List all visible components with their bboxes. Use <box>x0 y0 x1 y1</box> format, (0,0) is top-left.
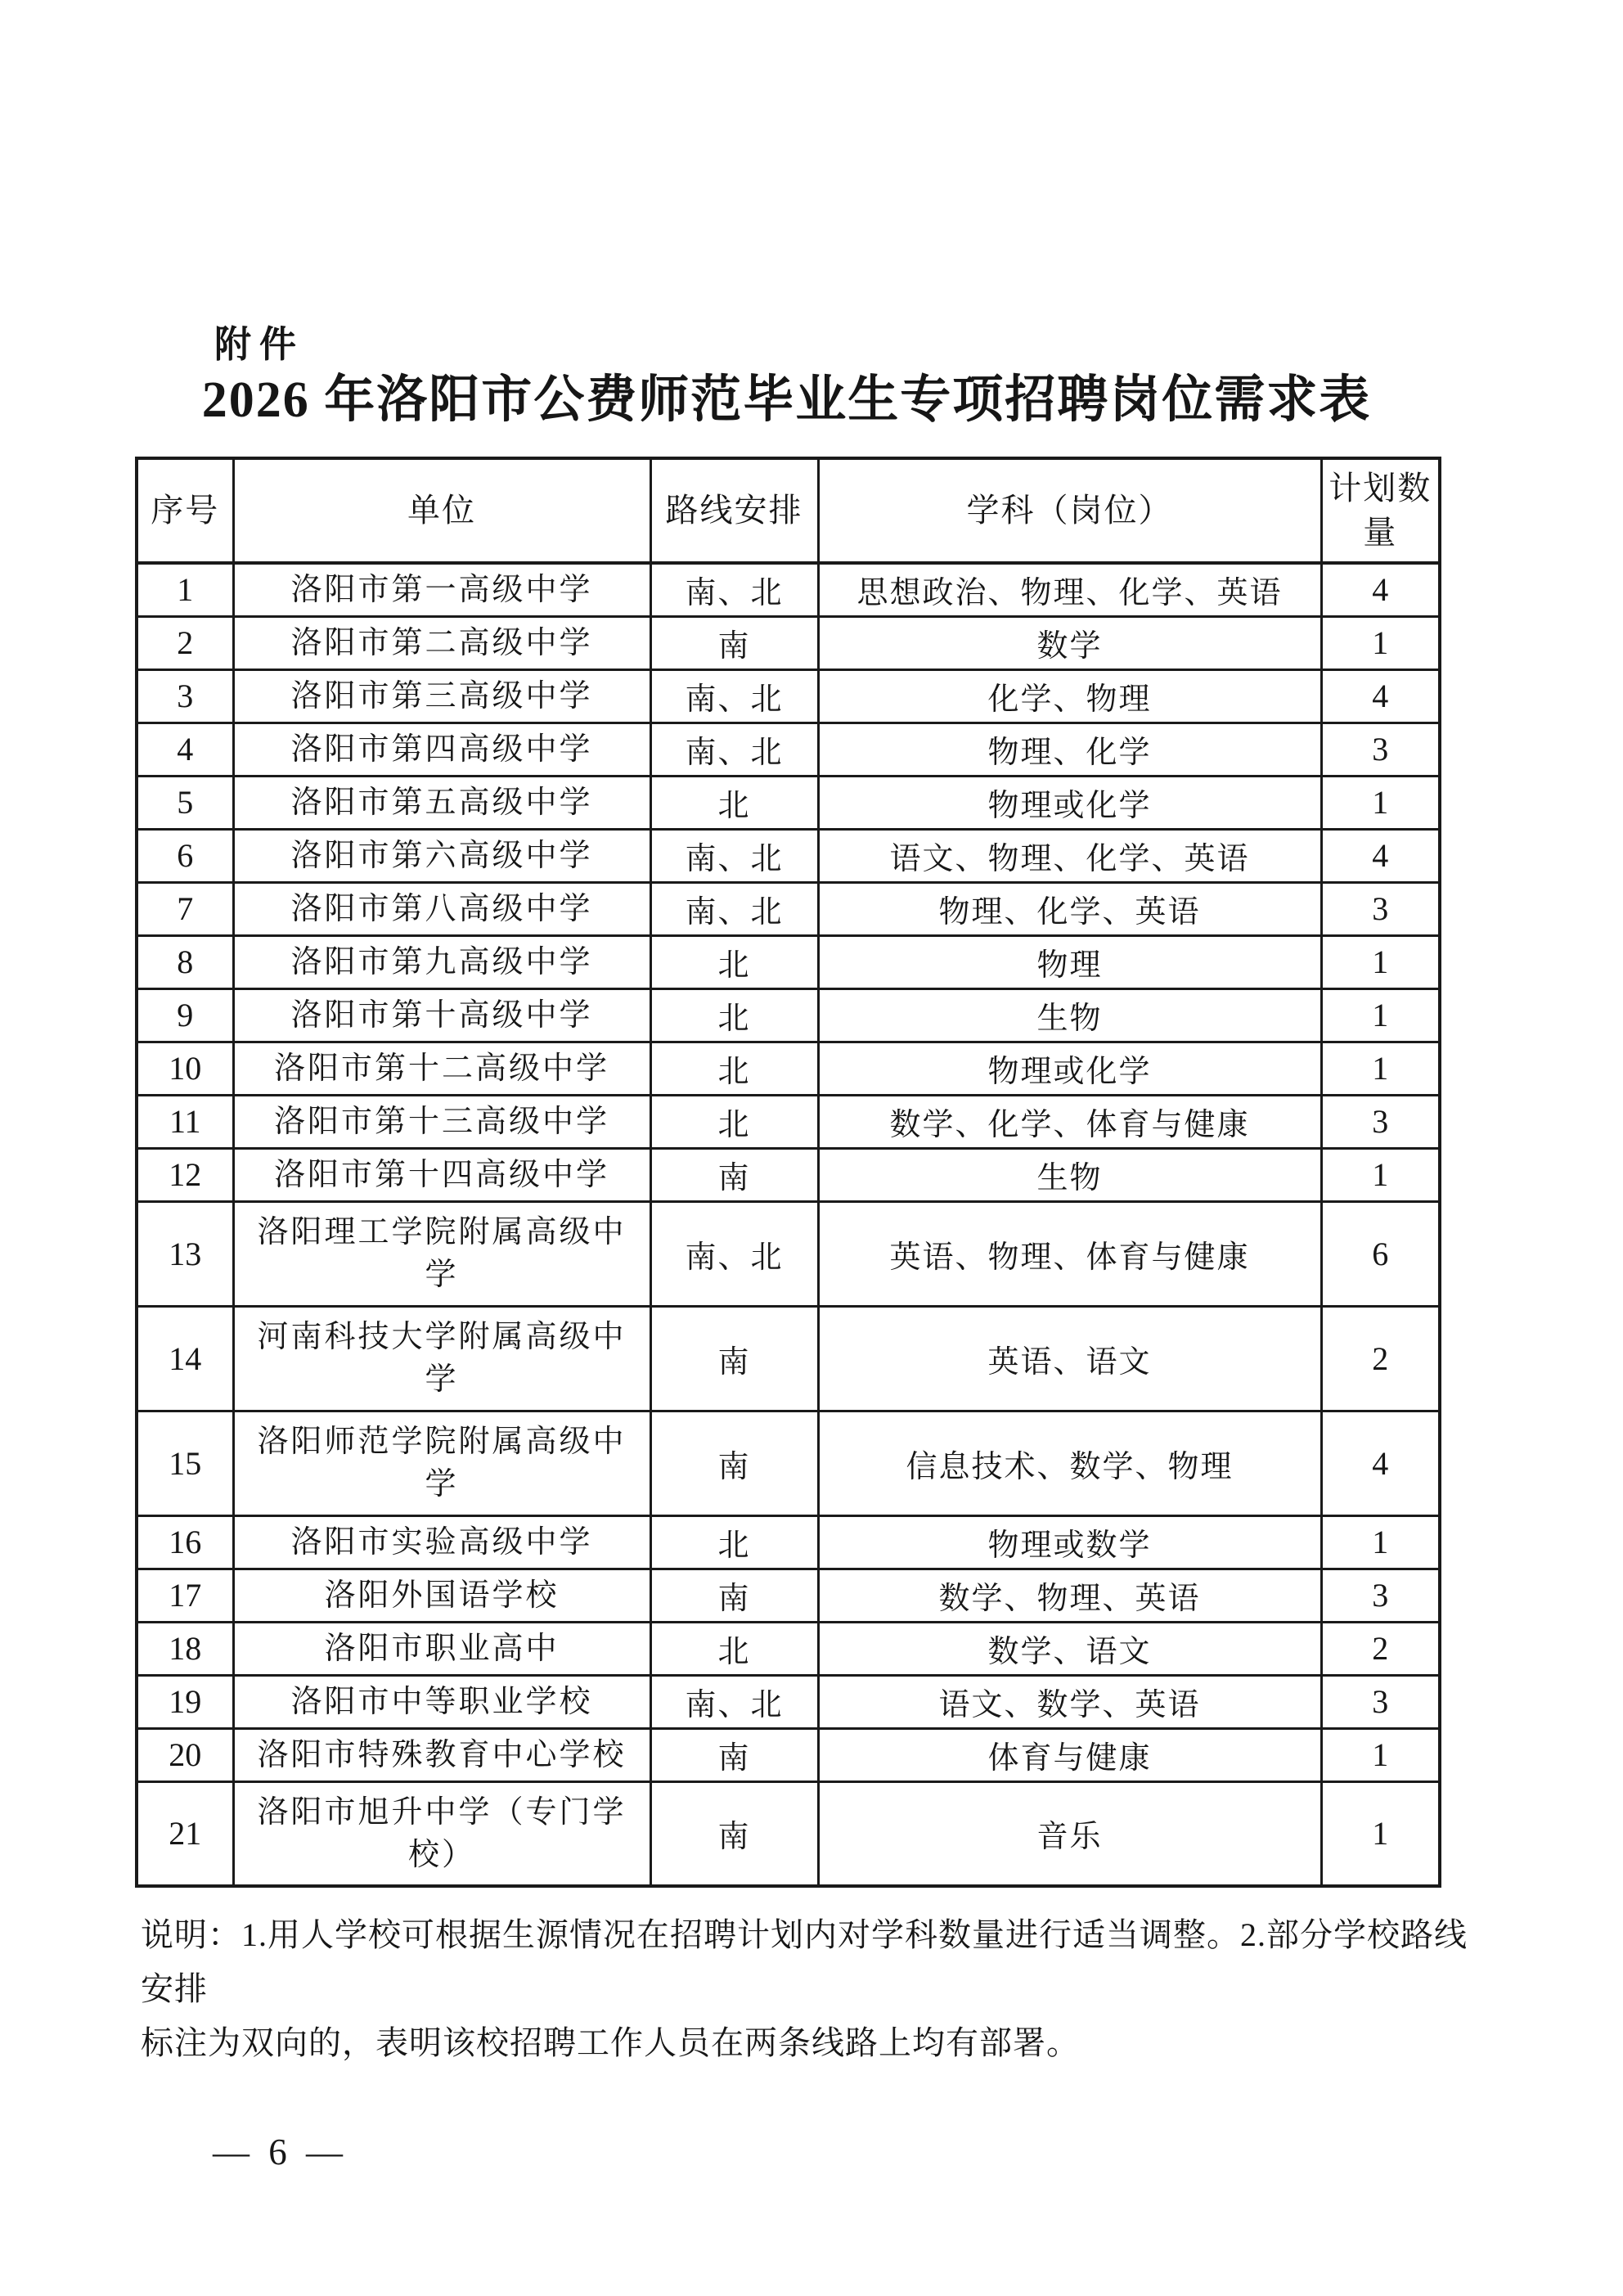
subject-cell: 生物 <box>818 1148 1321 1201</box>
unit-cell: 洛阳市第八高级中学 <box>233 882 650 935</box>
unit-cell: 洛阳外国语学校 <box>233 1569 650 1622</box>
plan-count-cell: 4 <box>1321 1411 1440 1515</box>
plan-count-cell: 4 <box>1321 563 1440 616</box>
unit-cell: 洛阳市第一高级中学 <box>233 563 650 616</box>
header-subject: 学科（岗位） <box>818 458 1321 563</box>
subject-cell: 思想政治、物理、化学、英语 <box>818 563 1321 616</box>
subject-cell: 物理或化学 <box>818 776 1321 829</box>
table-row: 10洛阳市第十二高级中学北物理或化学1 <box>137 1042 1440 1095</box>
table-row: 18洛阳市职业高中北数学、语文2 <box>137 1622 1440 1675</box>
page-number: — 6 — <box>213 2131 348 2173</box>
table-row: 8洛阳市第九高级中学北物理1 <box>137 935 1440 988</box>
serial-number-cell: 2 <box>137 616 233 669</box>
plan-count-cell: 1 <box>1321 1781 1440 1886</box>
table-row: 17洛阳外国语学校南数学、物理、英语3 <box>137 1569 1440 1622</box>
unit-cell: 洛阳市中等职业学校 <box>233 1675 650 1728</box>
serial-number-cell: 18 <box>137 1622 233 1675</box>
plan-count-cell: 3 <box>1321 723 1440 776</box>
table-row: 6洛阳市第六高级中学南、北语文、物理、化学、英语4 <box>137 829 1440 882</box>
subject-cell: 化学、物理 <box>818 669 1321 723</box>
serial-number-cell: 20 <box>137 1728 233 1781</box>
unit-cell: 洛阳市第六高级中学 <box>233 829 650 882</box>
serial-number-cell: 7 <box>137 882 233 935</box>
route-cell: 北 <box>650 1515 818 1569</box>
table-row: 21洛阳市旭升中学（专门学校）南音乐1 <box>137 1781 1440 1886</box>
serial-number-cell: 19 <box>137 1675 233 1728</box>
table-row: 1洛阳市第一高级中学南、北思想政治、物理、化学、英语4 <box>137 563 1440 616</box>
plan-count-cell: 3 <box>1321 1675 1440 1728</box>
unit-cell: 河南科技大学附属高级中学 <box>233 1306 650 1411</box>
route-cell: 南、北 <box>650 723 818 776</box>
subject-cell: 语文、物理、化学、英语 <box>818 829 1321 882</box>
route-cell: 南 <box>650 616 818 669</box>
unit-cell: 洛阳市第十高级中学 <box>233 988 650 1042</box>
table-row: 9洛阳市第十高级中学北生物1 <box>137 988 1440 1042</box>
subject-cell: 信息技术、数学、物理 <box>818 1411 1321 1515</box>
subject-cell: 数学、语文 <box>818 1622 1321 1675</box>
unit-cell: 洛阳市第二高级中学 <box>233 616 650 669</box>
subject-cell: 英语、物理、体育与健康 <box>818 1201 1321 1306</box>
table-row: 7洛阳市第八高级中学南、北物理、化学、英语3 <box>137 882 1440 935</box>
subject-cell: 音乐 <box>818 1781 1321 1886</box>
subject-cell: 物理、化学、英语 <box>818 882 1321 935</box>
header-route: 路线安排 <box>650 458 818 563</box>
serial-number-cell: 16 <box>137 1515 233 1569</box>
unit-cell: 洛阳市第五高级中学 <box>233 776 650 829</box>
table-row: 19洛阳市中等职业学校南、北语文、数学、英语3 <box>137 1675 1440 1728</box>
plan-count-cell: 1 <box>1321 776 1440 829</box>
subject-cell: 数学、物理、英语 <box>818 1569 1321 1622</box>
plan-count-cell: 1 <box>1321 1148 1440 1201</box>
route-cell: 南 <box>650 1781 818 1886</box>
table-header: 序号 单位 路线安排 学科（岗位） 计划数量 <box>137 458 1440 563</box>
route-cell: 南 <box>650 1728 818 1781</box>
subject-cell: 数学、化学、体育与健康 <box>818 1095 1321 1148</box>
serial-number-cell: 9 <box>137 988 233 1042</box>
table-row: 20洛阳市特殊教育中心学校南体育与健康1 <box>137 1728 1440 1781</box>
serial-number-cell: 10 <box>137 1042 233 1095</box>
table-row: 3洛阳市第三高级中学南、北化学、物理4 <box>137 669 1440 723</box>
route-cell: 南、北 <box>650 1675 818 1728</box>
serial-number-cell: 15 <box>137 1411 233 1515</box>
serial-number-cell: 3 <box>137 669 233 723</box>
header-row: 序号 单位 路线安排 学科（岗位） 计划数量 <box>137 458 1440 563</box>
unit-cell: 洛阳市第十四高级中学 <box>233 1148 650 1201</box>
plan-count-cell: 1 <box>1321 1728 1440 1781</box>
unit-cell: 洛阳市实验高级中学 <box>233 1515 650 1569</box>
plan-count-cell: 1 <box>1321 616 1440 669</box>
plan-count-cell: 1 <box>1321 988 1440 1042</box>
note-line-1: 说明：1.用人学校可根据生源情况在招聘计划内对学科数量进行适当调整。2.部分学校… <box>141 1908 1499 2016</box>
serial-number-cell: 1 <box>137 563 233 616</box>
subject-cell: 生物 <box>818 988 1321 1042</box>
serial-number-cell: 13 <box>137 1201 233 1306</box>
unit-cell: 洛阳市旭升中学（专门学校） <box>233 1781 650 1886</box>
route-cell: 北 <box>650 1042 818 1095</box>
unit-cell: 洛阳市第四高级中学 <box>233 723 650 776</box>
table-row: 12洛阳市第十四高级中学南生物1 <box>137 1148 1440 1201</box>
unit-cell: 洛阳市特殊教育中心学校 <box>233 1728 650 1781</box>
serial-number-cell: 11 <box>137 1095 233 1148</box>
route-cell: 南、北 <box>650 882 818 935</box>
table-row: 4洛阳市第四高级中学南、北物理、化学3 <box>137 723 1440 776</box>
notes: 说明：1.用人学校可根据生源情况在招聘计划内对学科数量进行适当调整。2.部分学校… <box>141 1908 1499 2070</box>
unit-cell: 洛阳市职业高中 <box>233 1622 650 1675</box>
serial-number-cell: 21 <box>137 1781 233 1886</box>
plan-count-cell: 1 <box>1321 1042 1440 1095</box>
route-cell: 南 <box>650 1411 818 1515</box>
page-title: 2026 年洛阳市公费师范毕业生专项招聘岗位需求表 <box>135 358 1438 431</box>
note-line-2: 标注为双向的，表明该校招聘工作人员在两条线路上均有部署。 <box>141 2016 1499 2070</box>
route-cell: 北 <box>650 776 818 829</box>
serial-number-cell: 6 <box>137 829 233 882</box>
subject-cell: 语文、数学、英语 <box>818 1675 1321 1728</box>
route-cell: 北 <box>650 1095 818 1148</box>
plan-count-cell: 3 <box>1321 1569 1440 1622</box>
table-row: 2洛阳市第二高级中学南数学1 <box>137 616 1440 669</box>
unit-cell: 洛阳市第十三高级中学 <box>233 1095 650 1148</box>
serial-number-cell: 14 <box>137 1306 233 1411</box>
route-cell: 南 <box>650 1306 818 1411</box>
plan-count-cell: 1 <box>1321 1515 1440 1569</box>
serial-number-cell: 8 <box>137 935 233 988</box>
serial-number-cell: 4 <box>137 723 233 776</box>
unit-cell: 洛阳市第三高级中学 <box>233 669 650 723</box>
plan-count-cell: 4 <box>1321 669 1440 723</box>
table-row: 13洛阳理工学院附属高级中学南、北英语、物理、体育与健康6 <box>137 1201 1440 1306</box>
route-cell: 南、北 <box>650 669 818 723</box>
route-cell: 南 <box>650 1569 818 1622</box>
route-cell: 南、北 <box>650 829 818 882</box>
route-cell: 北 <box>650 988 818 1042</box>
table-row: 15洛阳师范学院附属高级中学南信息技术、数学、物理4 <box>137 1411 1440 1515</box>
serial-number-cell: 12 <box>137 1148 233 1201</box>
subject-cell: 体育与健康 <box>818 1728 1321 1781</box>
subject-cell: 物理 <box>818 935 1321 988</box>
route-cell: 北 <box>650 935 818 988</box>
table-body: 1洛阳市第一高级中学南、北思想政治、物理、化学、英语42洛阳市第二高级中学南数学… <box>137 563 1440 1886</box>
table-row: 16洛阳市实验高级中学北物理或数学1 <box>137 1515 1440 1569</box>
serial-number-cell: 5 <box>137 776 233 829</box>
table-row: 11洛阳市第十三高级中学北数学、化学、体育与健康3 <box>137 1095 1440 1148</box>
route-cell: 南、北 <box>650 563 818 616</box>
subject-cell: 物理或化学 <box>818 1042 1321 1095</box>
plan-count-cell: 2 <box>1321 1306 1440 1411</box>
unit-cell: 洛阳市第九高级中学 <box>233 935 650 988</box>
plan-count-cell: 3 <box>1321 1095 1440 1148</box>
plan-count-cell: 3 <box>1321 882 1440 935</box>
table-row: 5洛阳市第五高级中学北物理或化学1 <box>137 776 1440 829</box>
route-cell: 南、北 <box>650 1201 818 1306</box>
route-cell: 北 <box>650 1622 818 1675</box>
table-row: 14河南科技大学附属高级中学南英语、语文2 <box>137 1306 1440 1411</box>
header-plan-count: 计划数量 <box>1321 458 1440 563</box>
plan-count-cell: 2 <box>1321 1622 1440 1675</box>
plan-count-cell: 4 <box>1321 829 1440 882</box>
serial-number-cell: 17 <box>137 1569 233 1622</box>
plan-count-cell: 1 <box>1321 935 1440 988</box>
header-unit: 单位 <box>233 458 650 563</box>
unit-cell: 洛阳理工学院附属高级中学 <box>233 1201 650 1306</box>
header-serial-number: 序号 <box>137 458 233 563</box>
plan-count-cell: 6 <box>1321 1201 1440 1306</box>
subject-cell: 物理或数学 <box>818 1515 1321 1569</box>
unit-cell: 洛阳市第十二高级中学 <box>233 1042 650 1095</box>
unit-cell: 洛阳师范学院附属高级中学 <box>233 1411 650 1515</box>
subject-cell: 数学 <box>818 616 1321 669</box>
route-cell: 南 <box>650 1148 818 1201</box>
position-demand-table: 序号 单位 路线安排 学科（岗位） 计划数量 1洛阳市第一高级中学南、北思想政治… <box>135 457 1441 1888</box>
subject-cell: 物理、化学 <box>818 723 1321 776</box>
subject-cell: 英语、语文 <box>818 1306 1321 1411</box>
